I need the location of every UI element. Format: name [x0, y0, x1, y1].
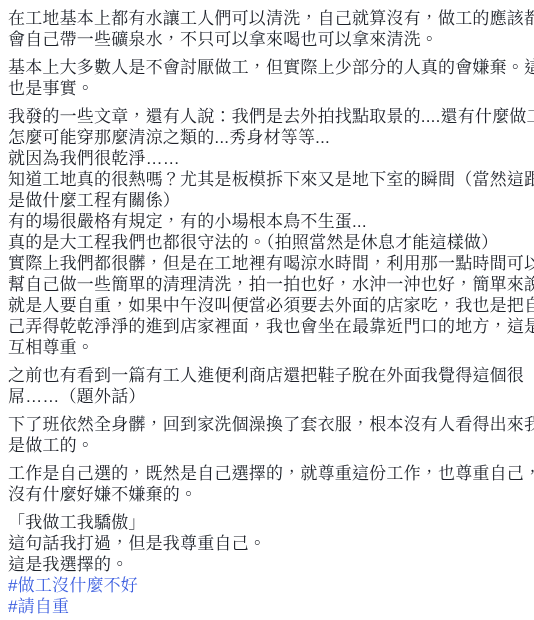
post-text-line: 是做什麼工程有關係） [8, 190, 528, 211]
post-text-line: 在工地基本上都有水讓工人們可以清洗，自己就算沒有，做工的應該都 [8, 8, 528, 29]
post-paragraph: 之前也有看到一篇有工人進便利商店還把鞋子脫在外面我覺得這個很屌……（題外話） [8, 365, 528, 407]
hashtag-line: #請自重 [8, 596, 528, 617]
hashtag-link[interactable]: #做工沒什麼不好 [8, 576, 138, 595]
post-text-line: 怎麼可能穿那麼清涼之類的...秀身材等等... [8, 127, 528, 148]
post-paragraph: 基本上大多數人是不會討厭做工，但實際上少部分的人真的會嫌棄。這也是事實。 [8, 57, 528, 99]
post-text-line: 沒有什麼好嫌不嫌棄的。 [8, 484, 528, 505]
hashtag-link[interactable]: #請自重 [8, 597, 69, 616]
post-paragraph: 「我做工我驕傲」這句話我打過，但是我尊重自己。這是我選擇的。#做工沒什麼不好#請… [8, 512, 528, 617]
post-text-line: 工作是自己選的，既然是自己選擇的，就尊重這份工作，也尊重自己， [8, 463, 528, 484]
post-text-line: 實際上我們都很髒，但是在工地裡有喝涼水時間，利用那一點時間可以 [8, 253, 528, 274]
post-text-line: 互相尊重。 [8, 337, 528, 358]
post-text-line: 知道工地真的很熱嗎？尤其是板模拆下來又是地下室的瞬間（當然這跟 [8, 169, 528, 190]
post-text-line: 這是我選擇的。 [8, 554, 528, 575]
post-text-line: 有的場很嚴格有規定，有的小場根本鳥不生蛋... [8, 211, 528, 232]
post-text-line: 真的是大工程我們也都很守法的。（拍照當然是休息才能這樣做） [8, 232, 528, 253]
post-text-line: 下了班依然全身髒，回到家洗個澡換了套衣服，根本沒有人看得出來我 [8, 414, 528, 435]
post-paragraph: 我發的一些文章，還有人說：我們是去外拍找點取景的....還有什麼做工怎麼可能穿那… [8, 106, 528, 358]
post-text-line: 就是人要自重，如果中午沒叫便當必須要去外面的店家吃，我也是把自 [8, 295, 528, 316]
post-text-line: 基本上大多數人是不會討厭做工，但實際上少部分的人真的會嫌棄。這 [8, 57, 528, 78]
post-text-line: 「我做工我驕傲」 [8, 512, 528, 533]
post-text-line: 屌……（題外話） [8, 386, 528, 407]
post-text-line: 是做工的。 [8, 435, 528, 456]
post-text-line: 會自己帶一些礦泉水，不只可以拿來喝也可以拿來清洗。 [8, 29, 528, 50]
post-content: 在工地基本上都有水讓工人們可以清洗，自己就算沒有，做工的應該都會自己帶一些礦泉水… [0, 0, 534, 617]
post-text-line: 幫自己做一些簡單的清理清洗，拍一拍也好，水沖一沖也好，簡單來說 [8, 274, 528, 295]
post-text-line: 我發的一些文章，還有人說：我們是去外拍找點取景的....還有什麼做工 [8, 106, 528, 127]
post-paragraph: 在工地基本上都有水讓工人們可以清洗，自己就算沒有，做工的應該都會自己帶一些礦泉水… [8, 8, 528, 50]
post-text-line: 這句話我打過，但是我尊重自己。 [8, 533, 528, 554]
post-text-line: 就因為我們很乾淨…… [8, 148, 528, 169]
post-text-line: 之前也有看到一篇有工人進便利商店還把鞋子脫在外面我覺得這個很 [8, 365, 528, 386]
post-paragraph: 工作是自己選的，既然是自己選擇的，就尊重這份工作，也尊重自己，沒有什麼好嫌不嫌棄… [8, 463, 528, 505]
hashtag-line: #做工沒什麼不好 [8, 575, 528, 596]
post-text-line: 也是事實。 [8, 78, 528, 99]
post-text-line: 己弄得乾乾淨淨的進到店家裡面，我也會坐在最靠近門口的地方，這是 [8, 316, 528, 337]
post-paragraph: 下了班依然全身髒，回到家洗個澡換了套衣服，根本沒有人看得出來我是做工的。 [8, 414, 528, 456]
